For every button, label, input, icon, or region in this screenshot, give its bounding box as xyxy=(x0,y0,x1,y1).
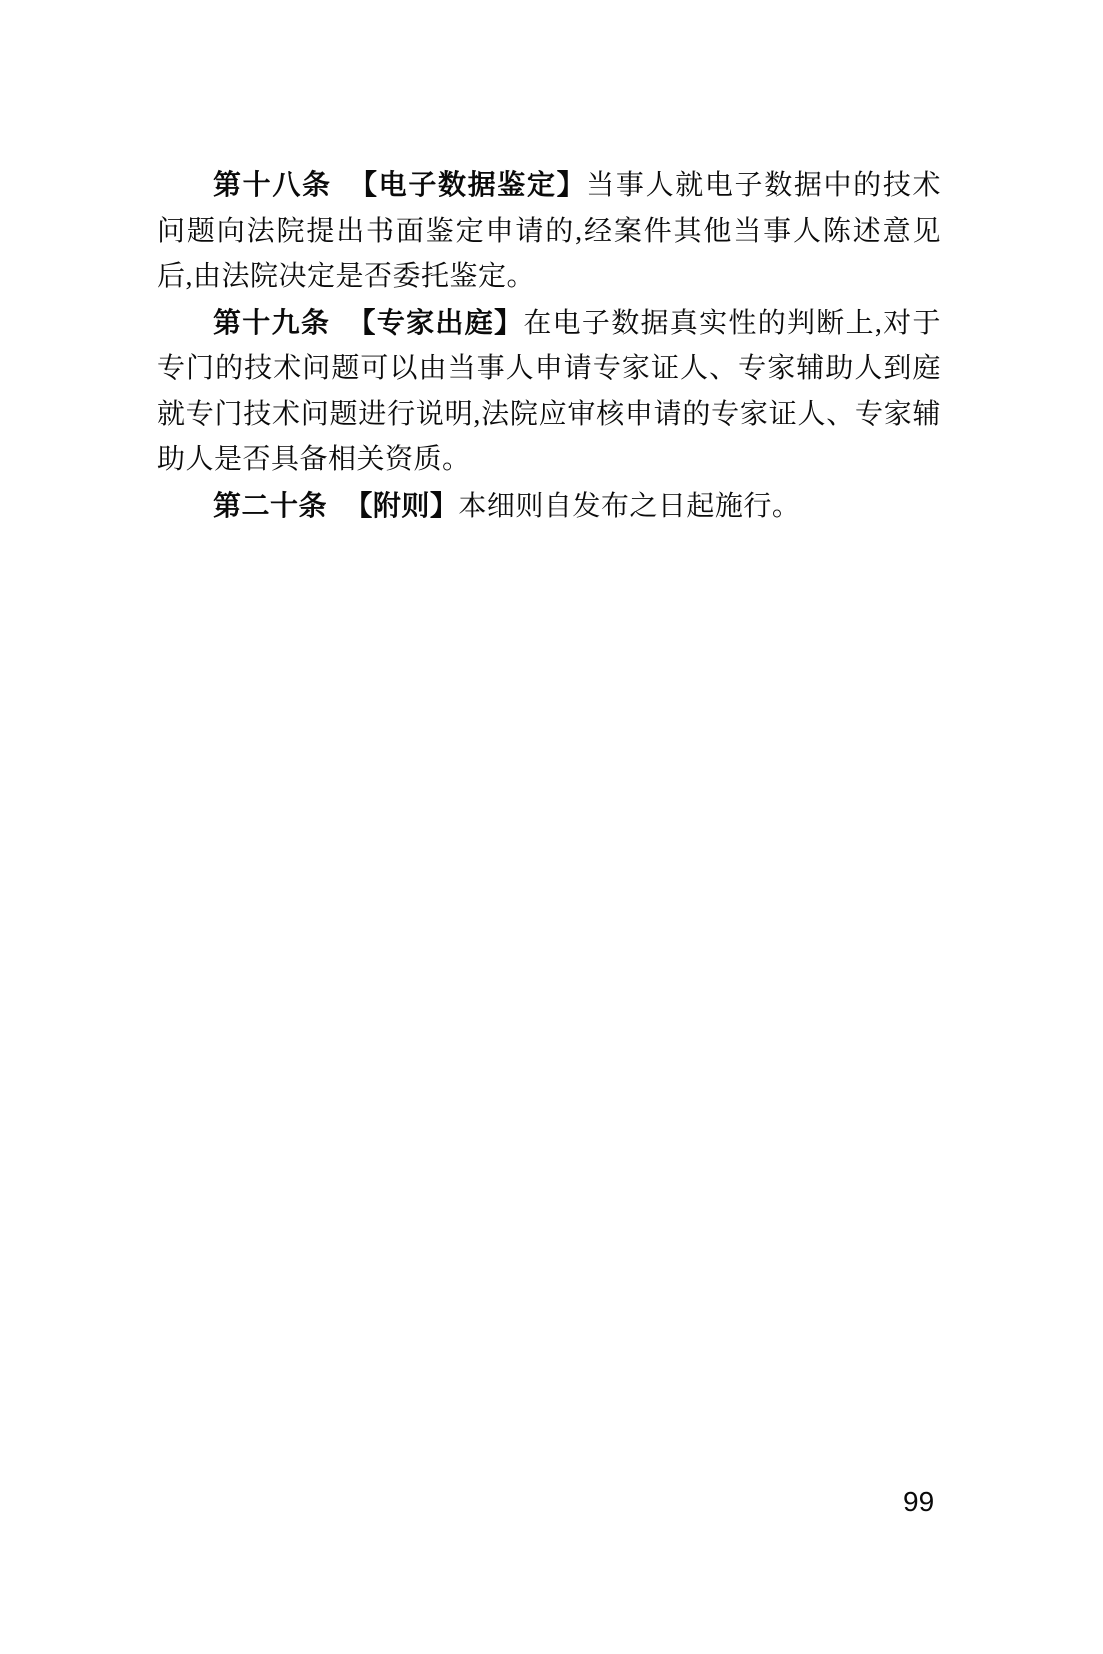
article-body: 本细则自发布之日起施行。 xyxy=(458,491,800,522)
page-number: 99 xyxy=(903,1486,934,1518)
article-number: 第十九条 xyxy=(213,307,330,338)
page-content: 第十八条【电子数据鉴定】当事人就电子数据中的技术问题向法院提出书面鉴定申请的,经… xyxy=(157,162,941,529)
article-paragraph-19: 第十九条【专家出庭】在电子数据真实性的判断上,对于专门的技术问题可以由当事人申请… xyxy=(157,300,941,483)
article-paragraph-20: 第二十条【附则】本细则自发布之日起施行。 xyxy=(157,483,941,530)
article-title: 【专家出庭】 xyxy=(348,307,524,338)
article-paragraph-18: 第十八条【电子数据鉴定】当事人就电子数据中的技术问题向法院提出书面鉴定申请的,经… xyxy=(157,162,941,300)
article-number: 第二十条 xyxy=(213,490,327,521)
article-number: 第十八条 xyxy=(213,169,332,200)
article-title: 【附则】 xyxy=(344,490,458,521)
article-title: 【电子数据鉴定】 xyxy=(349,169,586,200)
document-page: 第十八条【电子数据鉴定】当事人就电子数据中的技术问题向法院提出书面鉴定申请的,经… xyxy=(0,0,1103,1654)
